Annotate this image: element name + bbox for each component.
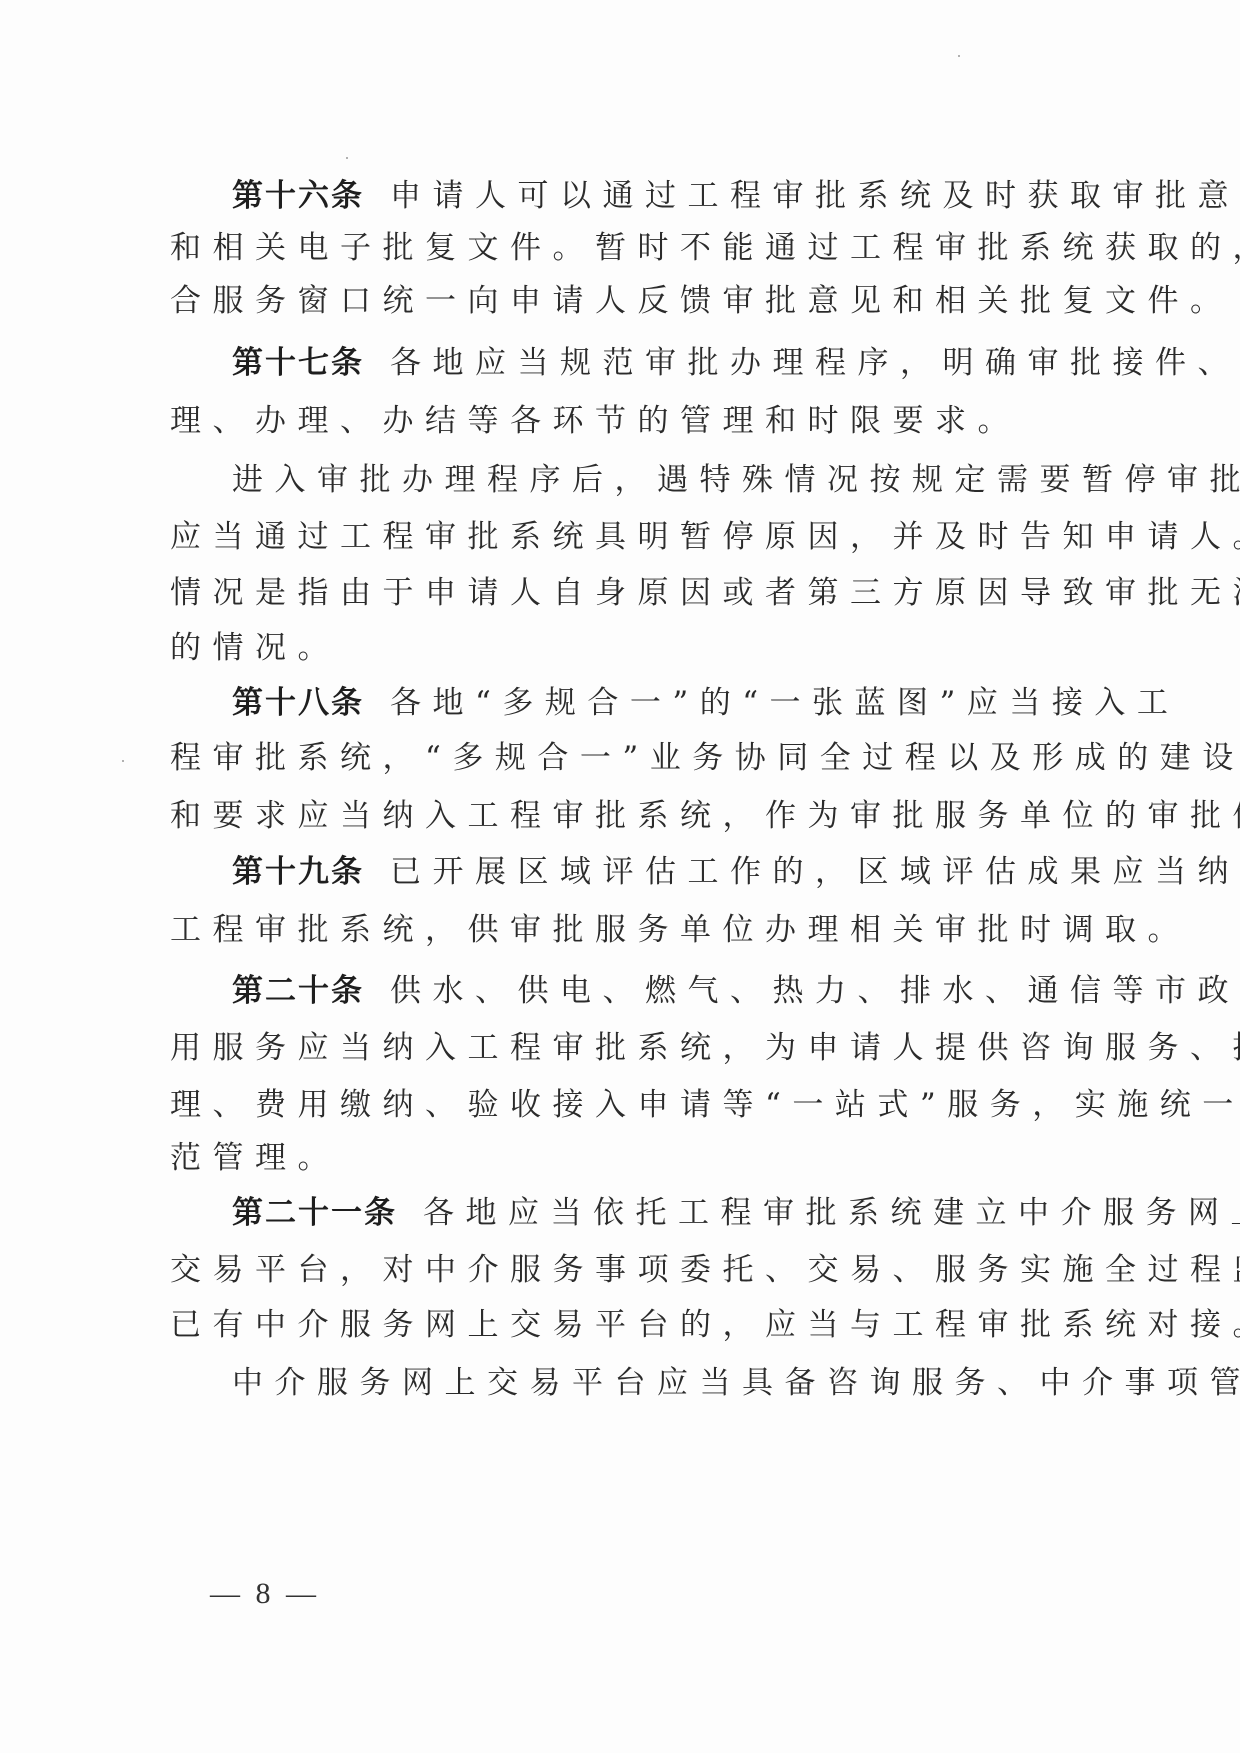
scan-speck	[958, 55, 960, 57]
article-17-para2-line-4: 的情况。	[170, 628, 1090, 668]
article-heading: 第十九条	[232, 854, 364, 890]
article-17-line-1: 第十七条各地应当规范审批办理程序，明确审批接件、受	[232, 343, 1152, 383]
article-heading: 第十六条	[232, 178, 364, 214]
article-16-line-2: 和相关电子批复文件。暂时不能通过工程审批系统获取的，由综	[170, 228, 1090, 268]
article-20-line-4: 范管理。	[170, 1138, 1090, 1178]
article-heading: 第十八条	[232, 685, 364, 721]
article-17-line-2: 理、办理、办结等各环节的管理和时限要求。	[170, 401, 1090, 441]
article-text: 供水、供电、燃气、热力、排水、通信等市政公	[390, 973, 1240, 1009]
article-text: 各地应当依托工程审批系统建立中介服务网上	[423, 1195, 1240, 1231]
article-21-line-2: 交易平台，对中介服务事项委托、交易、服务实施全过程监管。	[170, 1250, 1090, 1290]
article-text: 各地“多规合一”的“一张蓝图”应当接入工	[390, 685, 1179, 721]
article-20-line-3: 理、费用缴纳、验收接入申请等“一站式”服务，实施统一规	[170, 1085, 1090, 1125]
document-page: 第十六条申请人可以通过工程审批系统及时获取审批意见 和相关电子批复文件。暂时不能…	[0, 0, 1240, 1753]
article-16-line-1: 第十六条申请人可以通过工程审批系统及时获取审批意见	[232, 176, 1152, 216]
article-heading: 第二十一条	[232, 1195, 397, 1231]
article-18-line-2: 程审批系统，“多规合一”业务协同全过程以及形成的建设条件	[170, 738, 1090, 778]
article-21-line-3: 已有中介服务网上交易平台的，应当与工程审批系统对接。	[170, 1305, 1090, 1345]
article-heading: 第二十条	[232, 973, 364, 1009]
scan-speck	[122, 760, 124, 762]
article-18-line-3: 和要求应当纳入工程审批系统，作为审批服务单位的审批依据。	[170, 796, 1090, 836]
article-20-line-2: 用服务应当纳入工程审批系统，为申请人提供咨询服务、报装受	[170, 1028, 1090, 1068]
scan-speck	[346, 157, 348, 159]
article-16-line-3: 合服务窗口统一向申请人反馈审批意见和相关批复文件。	[170, 281, 1090, 321]
article-text: 申请人可以通过工程审批系统及时获取审批意见	[390, 178, 1240, 214]
article-17-para2-line-3: 情况是指由于申请人自身原因或者第三方原因导致审批无法进行	[170, 573, 1090, 613]
article-text: 已开展区域评估工作的，区域评估成果应当纳入	[390, 854, 1240, 890]
article-20-line-1: 第二十条供水、供电、燃气、热力、排水、通信等市政公	[232, 971, 1152, 1011]
article-17-para2-line-1: 进入审批办理程序后，遇特殊情况按规定需要暂停审批的，	[232, 460, 1152, 500]
article-18-line-1: 第十八条各地“多规合一”的“一张蓝图”应当接入工	[232, 683, 1152, 723]
page-number: — 8 —	[210, 1574, 320, 1614]
article-21-line-1: 第二十一条各地应当依托工程审批系统建立中介服务网上	[232, 1193, 1152, 1233]
article-21-para2-line-1: 中介服务网上交易平台应当具备咨询服务、中介事项管理、	[232, 1363, 1152, 1403]
article-heading: 第十七条	[232, 345, 364, 381]
article-text: 各地应当规范审批办理程序，明确审批接件、受	[390, 345, 1240, 381]
article-19-line-1: 第十九条已开展区域评估工作的，区域评估成果应当纳入	[232, 852, 1152, 892]
article-19-line-2: 工程审批系统，供审批服务单位办理相关审批时调取。	[170, 910, 1090, 950]
article-17-para2-line-2: 应当通过工程审批系统具明暂停原因，并及时告知申请人。特殊	[170, 517, 1090, 557]
